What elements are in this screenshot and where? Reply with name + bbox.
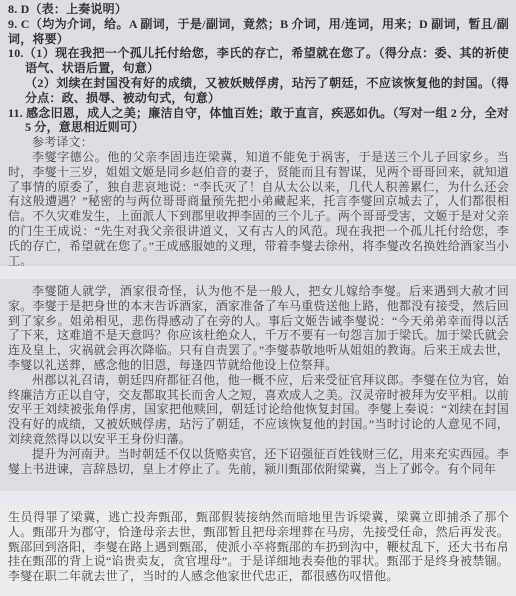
translation-bottom-block: 生员得罪了梁冀，逃亡投奔甄邵，甄邵假装接纳然而暗地里告诉梁冀，梁冀立即捕杀了那个… (0, 504, 516, 596)
translation-paragraph-1: 李燮字德公。他的父亲李固违迕梁冀，知道不能免于祸害，于是送三个儿子回家乡。当时，… (8, 150, 509, 266)
translation-middle-block: 李燮随人就学，酒家很奇怪，认为他不是一般人，把女儿嫁给李燮。后来遇到大赦才回家。… (0, 279, 516, 491)
document-page: 8. D（表：上奏说明） 9. C（均为介词，给。A 副词，于是/副词，竟然；B… (0, 0, 516, 596)
answer-item-11: 11. 感念旧恩，成人之美；廉洁自守，体恤百姓；敢于直言，疾恶如仇。（写对一组 … (8, 106, 509, 136)
answer-item-9: 9. C（均为介词，给。A 副词，于是/副词，竟然；B 介词，用/连词，用来；D… (8, 17, 509, 47)
answers-and-translation-block: 8. D（表：上奏说明） 9. C（均为介词，给。A 副词，于是/副词，竟然；B… (0, 0, 516, 266)
translation-paragraph-2: 李燮随人就学，酒家很奇怪，认为他不是一般人，把女儿嫁给李燮。后来遇到大赦才回家。… (8, 284, 509, 373)
translation-paragraph-4: 提升为河南尹。当时朝廷不仅以货赂卖官，还下诏强征百姓钱财三亿，用来充实西园。李燮… (8, 447, 509, 477)
answer-item-10-part-1: 10.（1）现在我把一个孤儿托付给您，李氏的存亡，希望就在您了。（得分点：委、其… (8, 46, 509, 76)
translation-paragraph-5: 生员得罪了梁冀，逃亡投奔甄邵，甄邵假装接纳然而暗地里告诉梁冀，梁冀立即捕杀了那个… (8, 510, 509, 584)
answer-item-10-part-2: （2）刘续在封国没有好的成绩，又被妖贼俘虏，玷污了朝廷，不应该恢复他的封国。（得… (25, 76, 509, 106)
translation-heading: 参考译文： (8, 135, 509, 150)
translation-paragraph-3: 州郡以礼召请，朝廷四府都征召他，他一概不应，后来受征官拜议郎。李燮在位为官，始终… (8, 373, 509, 447)
answer-item-8: 8. D（表：上奏说明） (8, 2, 509, 17)
